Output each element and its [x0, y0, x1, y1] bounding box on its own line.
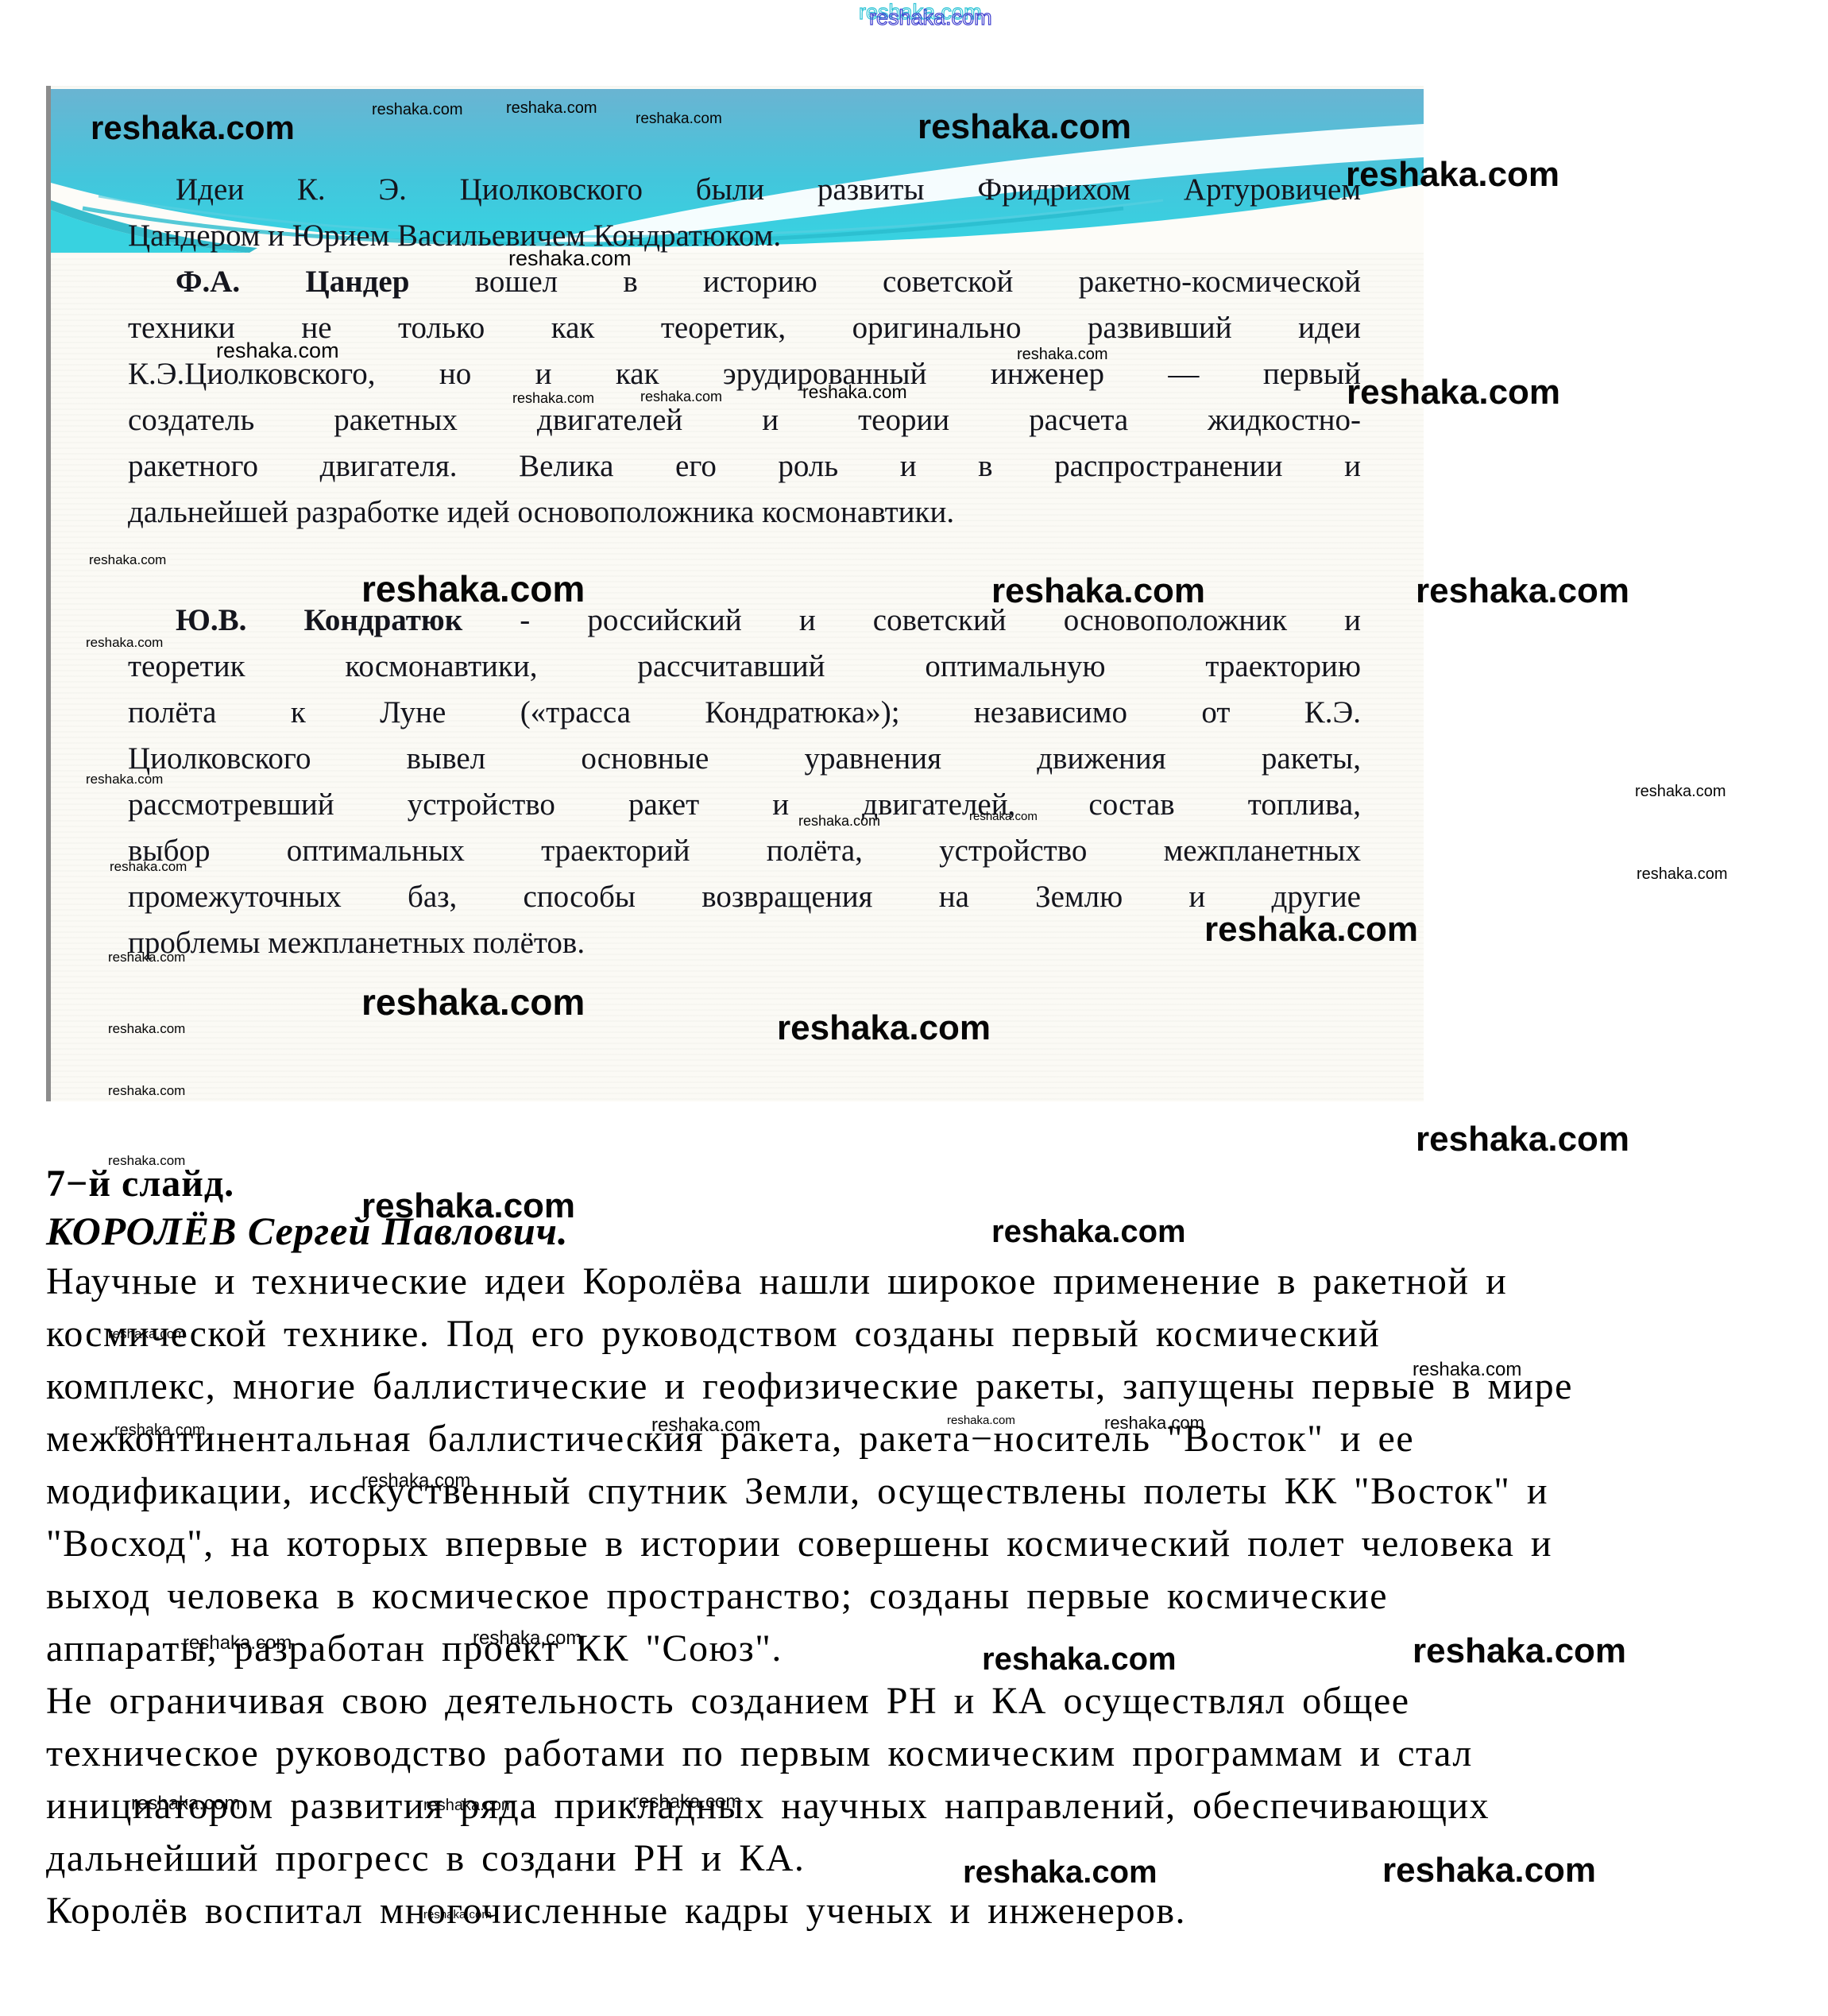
- text-line: аппараты, разработан проект КК "Союз".: [46, 1623, 1818, 1675]
- answer-section: 7−й слайд. КОРОЛЁВ Сергей Павлович. Науч…: [46, 1162, 1818, 1937]
- text-line-content: вошел в историю советской ракетно-космич…: [409, 265, 1361, 299]
- text-line: Научные и технические идеи Королёва нашл…: [46, 1256, 1818, 1308]
- slide-paragraph: Идеи К. Э. Циолковского были развиты Фри…: [128, 167, 1361, 259]
- watermark: reshaka.com: [869, 7, 992, 29]
- watermark: reshaka.com: [1416, 574, 1629, 609]
- text-line: теоретик космонавтики, рассчитавший опти…: [128, 644, 1361, 690]
- text-line: дальнейший прогресс в создани РН и КА.: [46, 1832, 1818, 1885]
- text-line: рассмотревший устройство ракет и двигате…: [128, 782, 1361, 828]
- text-line: дальнейшей разработке идей основоположни…: [128, 489, 1361, 536]
- text-line: выход человека в космическое пространств…: [46, 1570, 1818, 1623]
- text-line: техники не только как теоретик, оригинал…: [128, 305, 1361, 351]
- text-line: Не ограничивая свою деятельность создани…: [46, 1675, 1818, 1728]
- watermark: reshaka.com: [859, 2, 982, 23]
- text-line: промежуточных баз, способы возвращения н…: [128, 874, 1361, 920]
- text-line: космической технике. Под его руководство…: [46, 1308, 1818, 1360]
- page: { "watermark_text": "reshaka.com", "colo…: [0, 0, 1828, 2016]
- text-line: полёта к Луне («трасса Кондратюка»); нез…: [128, 690, 1361, 736]
- text-line: К.Э.Циолковского, но и как эрудированный…: [128, 351, 1361, 397]
- text-line: комплекс, многие баллистические и геофиз…: [46, 1360, 1818, 1413]
- watermark: reshaka.com: [1416, 1122, 1629, 1157]
- korolev-heading: КОРОЛЁВ Сергей Павлович.: [46, 1206, 1818, 1256]
- text-line: межконтинентальная баллистическия ракета…: [46, 1413, 1818, 1465]
- text-line: Цандером и Юрием Васильевичем Кондратюко…: [128, 213, 1361, 259]
- text-line: Ю.В. Кондратюк - российский и советский …: [128, 598, 1361, 644]
- text-line: Идеи К. Э. Циолковского были развиты Фри…: [128, 167, 1361, 213]
- slide-number-heading: 7−й слайд.: [46, 1162, 1818, 1206]
- text-line: Ф.А. Цандер вошел в историю советской ра…: [128, 259, 1361, 305]
- slide-paragraph: Ф.А. Цандер вошел в историю советской ра…: [128, 259, 1361, 536]
- text-line-content: - российский и советский основоположник …: [462, 603, 1361, 637]
- slide-image: Идеи К. Э. Циолковского были развиты Фри…: [46, 86, 1424, 1101]
- text-line: проблемы межпланетных полётов.: [128, 920, 1361, 966]
- text-line: выбор оптимальных траекторий полёта, уст…: [128, 828, 1361, 874]
- text-line: модификации, исскуственный спутник Земли…: [46, 1465, 1818, 1518]
- watermark: reshaka.com: [1635, 784, 1726, 799]
- text-line: Королёв воспитал многочисленные кадры уч…: [46, 1885, 1818, 1937]
- text-line: техническое руководство работами по перв…: [46, 1728, 1818, 1780]
- paragraph-lead: Ю.В. Кондратюк: [176, 603, 462, 637]
- text-line: создатель ракетных двигателей и теории р…: [128, 397, 1361, 443]
- paragraph-lead: Ф.А. Цандер: [176, 265, 409, 299]
- text-line: Циолковского вывел основные уравнения дв…: [128, 736, 1361, 782]
- text-line-content: Идеи К. Э. Циолковского были развиты Фри…: [176, 172, 1361, 207]
- text-line: ракетного двигателя. Велика его роль и в…: [128, 443, 1361, 489]
- text-line: инициатором развития ряда прикладных нау…: [46, 1780, 1818, 1832]
- slide-paragraph: Ю.В. Кондратюк - российский и советский …: [128, 598, 1361, 966]
- watermark: reshaka.com: [1637, 866, 1728, 882]
- text-line: "Восход", на которых впервые в истории с…: [46, 1518, 1818, 1570]
